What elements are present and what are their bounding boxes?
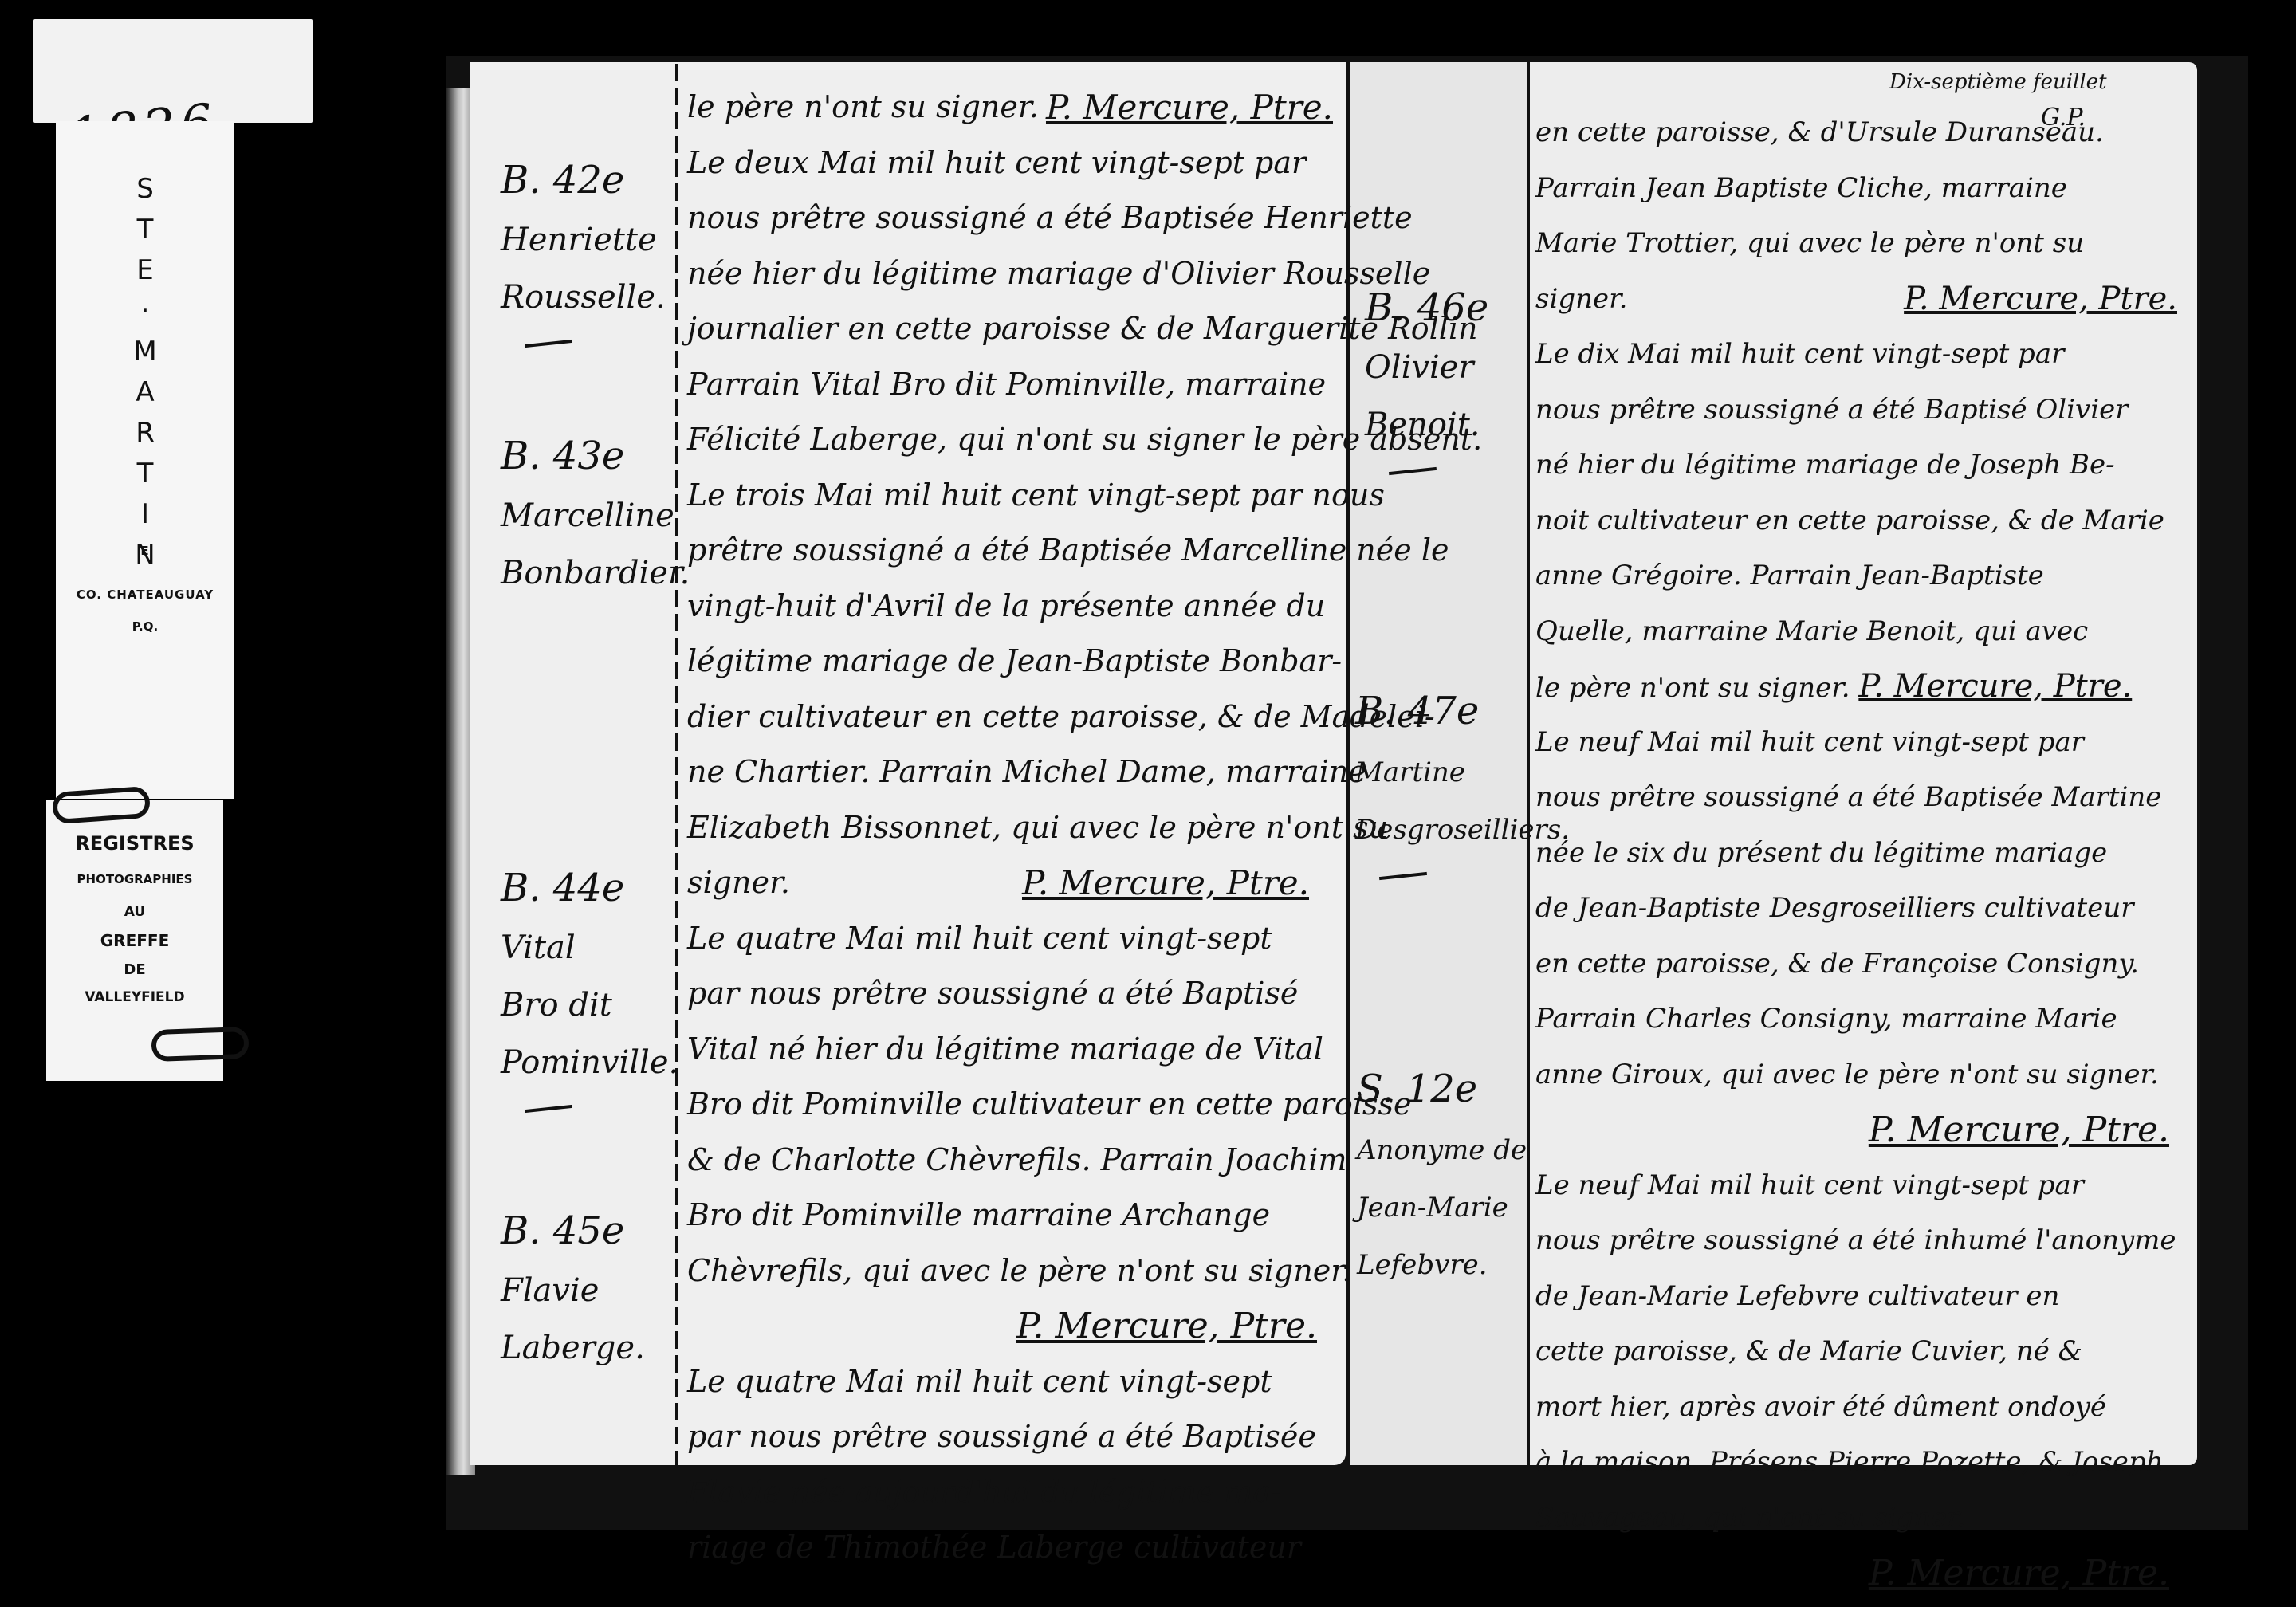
priest-signature: P. Mercure, Ptre. xyxy=(1535,1102,2185,1158)
text-line: de Jean-Marie Lefebvre cultivateur en xyxy=(1535,1269,2185,1325)
folio-note: Dix-septième feuillet xyxy=(1889,70,2107,94)
text-line: le père n'ont su signer. P. Mercure, Ptr… xyxy=(1535,659,2185,715)
priest-signature: P. Mercure, Ptre. xyxy=(1022,855,1333,911)
parish-letter: S xyxy=(56,169,234,210)
entry-name: Marcelline xyxy=(501,497,674,534)
text-line: en cette paroisse, & de Françoise Consig… xyxy=(1535,937,2185,992)
stamp-line: VALLEYFIELD xyxy=(46,989,223,1005)
text-line: nous prêtre soussigné a été inhumé l'ano… xyxy=(1535,1213,2185,1269)
entry-name: Jean-Marie xyxy=(1357,1192,1508,1224)
parish-label-strip: S T E · M A R T I N E CO. CHATEAUGUAY P.… xyxy=(56,121,234,799)
entry-name: Benoit. xyxy=(1365,407,1480,443)
parish-letter: T xyxy=(56,210,234,250)
text-line: en cette paroisse, & d'Ursule Duranseau. xyxy=(1535,105,2185,161)
text-line: Parrain Charles Consigny, marraine Marie xyxy=(1535,992,2185,1047)
margin-entry: B. 42e Henriette Rousselle. xyxy=(501,151,666,345)
margin-entry: B. 43e Marcelline Bonbardier. xyxy=(501,427,690,602)
entry-name: Rousselle. xyxy=(501,279,666,316)
text-line: Félicité Laberge, qui n'ont su signer le… xyxy=(687,412,1333,468)
left-page-text: le père n'ont su signer. P. Mercure, Ptr… xyxy=(687,80,1333,1576)
priest-signature: P. Mercure, Ptre. xyxy=(1535,1546,2185,1601)
parish-letter: · xyxy=(56,291,234,332)
entry-name: Martine xyxy=(1355,756,1465,788)
stamp-line: PHOTOGRAPHIES xyxy=(46,872,223,886)
margin-entry: S. 12e Anonyme de Jean-Marie Lefebvre. xyxy=(1357,1060,1527,1294)
parish-letter: A xyxy=(56,372,234,413)
parish-letter: I xyxy=(56,494,234,535)
parish-letter: R xyxy=(56,413,234,454)
text-line: de Jean-Baptiste Desgroseilliers cultiva… xyxy=(1535,881,2185,937)
parish-letter: E xyxy=(56,250,234,291)
stamp-line: GREFFE xyxy=(46,931,223,950)
left-margin-rule xyxy=(675,64,678,1467)
stamp-line: AU xyxy=(46,904,223,920)
text-line: Flavie née aujourd'hui du légitime ma- xyxy=(687,1465,1333,1521)
entry-code: B. 45e xyxy=(501,1208,624,1253)
text-line: Chèvrefils, qui avec le père n'ont su si… xyxy=(687,1244,1333,1299)
entry-code: B. 43e xyxy=(501,434,624,478)
text-line: anne Grégoire. Parrain Jean-Baptiste xyxy=(1535,548,2185,604)
entry-name: Anonyme de xyxy=(1357,1134,1527,1166)
priest-signature: P. Mercure, Ptre. xyxy=(687,1299,1333,1354)
year-label-card: 1826-27 xyxy=(33,19,313,123)
parish-letter: M xyxy=(56,332,234,372)
text-line: nous prêtre soussigné a été Baptisée Mar… xyxy=(1535,770,2185,826)
paperclip-icon xyxy=(151,1027,249,1062)
text-line: prêtre soussigné a été Baptisée Marcelli… xyxy=(687,523,1333,579)
parish-letter-last: E xyxy=(56,544,234,558)
text-line: Parrain Vital Bro dit Pominville, marrai… xyxy=(687,357,1333,413)
text-line: Vital né hier du légitime mariage de Vit… xyxy=(687,1022,1333,1078)
text-line: Le quatre Mai mil huit cent vingt-sept xyxy=(687,1354,1333,1410)
text-line: nous prêtre soussigné a été Baptisée Hen… xyxy=(687,191,1333,246)
text-line: le père n'ont su signer. P. Mercure, Ptr… xyxy=(687,80,1333,136)
text-line: Bro dit Pominville marraine Archange xyxy=(687,1188,1333,1244)
text-line: vingt-huit d'Avril de la présente année … xyxy=(687,579,1333,635)
text-line: mort hier, après avoir été dûment ondoyé xyxy=(1535,1380,2185,1436)
entry-name: Lefebvre. xyxy=(1357,1249,1488,1281)
entry-code: B. 47e xyxy=(1355,689,1479,733)
text-line: Le dix Mai mil huit cent vingt-sept par xyxy=(1535,327,2185,383)
text-line: cette paroisse, & de Marie Cuvier, né & xyxy=(1535,1324,2185,1380)
text-line: nous prêtre soussigné a été Baptisé Oliv… xyxy=(1535,383,2185,438)
text-line: signer.P. Mercure, Ptre. xyxy=(687,855,1333,911)
margin-entry: B. 45e Flavie Laberge. xyxy=(501,1202,645,1377)
margin-entry: B. 46e Olivier Benoit. xyxy=(1365,279,1488,473)
entry-name: Bonbardier. xyxy=(501,555,690,591)
text-line: Marie Trottier, qui avec le père n'ont s… xyxy=(1535,216,2185,272)
text-line: journalier en cette paroisse & de Margue… xyxy=(687,301,1333,357)
text-line: né hier du légitime mariage de Joseph Be… xyxy=(1535,438,2185,493)
stamp-line: DE xyxy=(46,961,223,978)
entry-code: B. 46e xyxy=(1365,285,1488,330)
text-line: Le quatre Mai mil huit cent vingt-sept xyxy=(687,911,1333,967)
text-line: noit cultivateur en cette paroisse, & de… xyxy=(1535,493,2185,549)
priest-signature: P. Mercure, Ptre. xyxy=(1858,668,2132,705)
text-line: née hier du légitime mariage d'Olivier R… xyxy=(687,246,1333,302)
text-line: signer.P. Mercure, Ptre. xyxy=(1535,272,2185,328)
text-line: par nous prêtre soussigné a été Baptisée xyxy=(687,1409,1333,1465)
entry-name: Flavie xyxy=(501,1272,599,1309)
text-line: Quelle, marraine Marie Benoit, qui avec xyxy=(1535,604,2185,660)
text-line: à la maison. Présens Pierre Pozette, & J… xyxy=(1535,1435,2185,1491)
text-line: née le six du présent du légitime mariag… xyxy=(1535,826,2185,882)
entry-name: Laberge. xyxy=(501,1330,645,1366)
stamp-line: REGISTRES xyxy=(46,832,223,855)
parish-letter: T xyxy=(56,454,234,494)
text-line: anne Giroux, qui avec le père n'ont su s… xyxy=(1535,1047,2185,1103)
text-line: par nous prêtre soussigné a été Baptisé xyxy=(687,966,1333,1022)
text-line: Parrain Jean Baptiste Cliche, marraine xyxy=(1535,161,2185,217)
entry-code: B. 42e xyxy=(501,158,624,202)
paperclip-icon xyxy=(52,786,151,824)
text-line: Le deux Mai mil huit cent vingt-sept par xyxy=(687,136,1333,191)
entry-code: S. 12e xyxy=(1357,1067,1477,1111)
province-label: P.Q. xyxy=(56,619,234,634)
entry-name: Henriette xyxy=(501,222,657,258)
margin-entry: B. 44e Vital Bro dit Pominville. xyxy=(501,859,678,1110)
text-line: Elizabeth Bissonnet, qui avec le père n'… xyxy=(687,800,1333,856)
entry-name: Vital xyxy=(501,929,576,966)
right-page-text: en cette paroisse, & d'Ursule Duranseau.… xyxy=(1535,105,2185,1601)
entry-name: Pominville. xyxy=(501,1044,678,1081)
entry-name: Olivier xyxy=(1365,349,1474,386)
text-line: ne Chartier. Parrain Michel Dame, marrai… xyxy=(687,745,1333,800)
parish-name: S T E · M A R T I N xyxy=(56,169,234,576)
text-line: & de Charlotte Chèvrefils. Parrain Joach… xyxy=(687,1133,1333,1189)
text-line: dier cultivateur en cette paroisse, & de… xyxy=(687,690,1333,745)
text-line: Sauvageau, qui n'ont su signer. xyxy=(1535,1491,2185,1546)
text-line: Bro dit Pominville cultivateur en cette … xyxy=(687,1077,1333,1133)
priest-signature: P. Mercure, Ptre. xyxy=(1046,80,1333,136)
entry-code: B. 44e xyxy=(501,866,624,910)
priest-signature: P. Mercure, Ptre. xyxy=(1904,272,2185,328)
text-line: légitime mariage de Jean-Baptiste Bonbar… xyxy=(687,634,1333,690)
county-label: CO. CHATEAUGUAY xyxy=(56,587,234,602)
text-line: Le trois Mai mil huit cent vingt-sept pa… xyxy=(687,468,1333,524)
entry-name: Bro dit xyxy=(501,987,612,1024)
text-line: riage de Thimothée Laberge cultivateur xyxy=(687,1520,1333,1576)
text-line: Le neuf Mai mil huit cent vingt-sept par xyxy=(1535,715,2185,771)
text-line: Le neuf Mai mil huit cent vingt-sept par xyxy=(1535,1158,2185,1214)
